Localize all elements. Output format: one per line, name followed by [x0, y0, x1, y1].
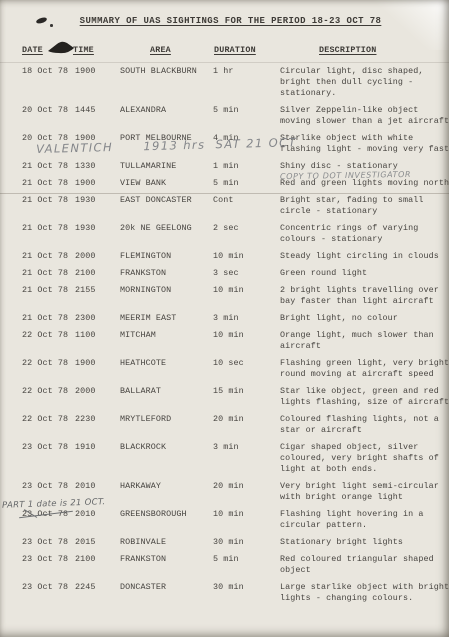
table-row: 23 Oct 781910BLACKROCK3 minCigar shaped …: [0, 442, 449, 475]
cell-time: 2230: [75, 414, 120, 436]
cell-time: 1445: [75, 105, 120, 127]
column-header-area: AREA: [150, 45, 171, 55]
cell-time: 2100: [75, 554, 120, 576]
table-row: 21 Oct 782300MEERIM EAST3 minBright ligh…: [0, 313, 449, 324]
ink-blot-icon: [48, 40, 75, 56]
table-row: 21 Oct 781900VIEW BANK5 minRed and green…: [0, 178, 449, 189]
cell-area: SOUTH BLACKBURN: [120, 66, 213, 99]
cell-area: TULLAMARINE: [120, 161, 213, 172]
cell-duration: 3 min: [213, 313, 280, 324]
cell-date: 21 Oct 78: [22, 223, 75, 245]
column-header-date: DATE: [22, 45, 43, 55]
cell-time: 2000: [75, 251, 120, 262]
cell-area: GREENSBOROUGH: [120, 509, 213, 531]
table-row: 23 Oct 782015ROBINVALE30 minStationary b…: [0, 537, 449, 548]
cell-area: FRANKSTON: [120, 268, 213, 279]
cell-description: Circular light, disc shaped, bright then…: [280, 66, 449, 99]
cell-area: ALEXANDRA: [120, 105, 213, 127]
cell-duration: 10 min: [213, 509, 280, 531]
cell-date: 23 Oct 78: [22, 554, 75, 576]
column-header-description: DESCRIPTION: [319, 45, 376, 55]
cell-time: 2155: [75, 285, 120, 307]
column-header-time: TIME: [73, 45, 94, 55]
cell-date: 18 Oct 78: [22, 66, 75, 99]
cell-time: 1900: [75, 66, 120, 99]
table-row: 22 Oct 782230MRYTLEFORD20 minColoured fl…: [0, 414, 449, 436]
cell-time: 2015: [75, 537, 120, 548]
cell-description: Red coloured triangular shaped object: [280, 554, 449, 576]
cell-duration: 30 min: [213, 537, 280, 548]
cell-date: 21 Oct 78: [22, 268, 75, 279]
table-row: 21 Oct 781330TULLAMARINE1 minShiny disc …: [0, 161, 449, 172]
cell-area: HEATHCOTE: [120, 358, 213, 380]
cell-date: 23 Oct 78: [22, 442, 75, 475]
cell-duration: 1 hr: [213, 66, 280, 99]
cell-area: MORNINGTON: [120, 285, 213, 307]
cell-area: VIEW BANK: [120, 178, 213, 189]
cell-description: Cigar shaped object, silver coloured, ve…: [280, 442, 449, 475]
cell-date: 21 Oct 78: [22, 313, 75, 324]
cell-description: Green round light: [280, 268, 449, 279]
cell-area: BLACKROCK: [120, 442, 213, 475]
cell-time: 1900: [75, 178, 120, 189]
cell-area: MRYTLEFORD: [120, 414, 213, 436]
table-row: 21 Oct 78193020k NE GEELONG2 secConcentr…: [0, 223, 449, 245]
cell-date: 22 Oct 78: [22, 386, 75, 408]
cell-area: BALLARAT: [120, 386, 213, 408]
cell-description: Stationary bright lights: [280, 537, 449, 548]
cell-area: FRANKSTON: [120, 554, 213, 576]
table-row: 23 Oct 782245DONCASTER30 minLarge starli…: [0, 582, 449, 604]
table-row: 21 Oct 782155MORNINGTON10 min2 bright li…: [0, 285, 449, 307]
cell-duration: 4 min: [213, 133, 280, 155]
cell-time: 2000: [75, 386, 120, 408]
table-rows: 18 Oct 781900SOUTH BLACKBURN1 hrCircular…: [0, 66, 449, 610]
cell-description: Bright star, fading to small circle - st…: [280, 195, 449, 217]
cell-description: Flashing light hovering in a circular pa…: [280, 509, 449, 531]
cell-time: 1330: [75, 161, 120, 172]
table-row: 20 Oct 781445ALEXANDRA5 minSilver Zeppel…: [0, 105, 449, 127]
cell-date: 21 Oct 78: [22, 251, 75, 262]
cell-duration: 20 min: [213, 414, 280, 436]
cell-date: 22 Oct 78: [22, 414, 75, 436]
cell-date: 21 Oct 78: [22, 285, 75, 307]
table-row: 23 Oct 782010GREENSBOROUGH10 minFlashing…: [0, 509, 449, 531]
cell-duration: Cont: [213, 195, 280, 217]
cell-date: 20 Oct 78: [22, 133, 75, 155]
table-row: 18 Oct 781900SOUTH BLACKBURN1 hrCircular…: [0, 66, 449, 99]
cell-description: Orange light, much slower than aircraft: [280, 330, 449, 352]
cell-date: 21 Oct 78: [22, 178, 75, 189]
cell-time: 2100: [75, 268, 120, 279]
cell-duration: 30 min: [213, 582, 280, 604]
document-page: SUMMARY OF UAS SIGHTINGS FOR THE PERIOD …: [0, 0, 449, 637]
cell-date: 22 Oct 78: [22, 330, 75, 352]
table-row: 22 Oct 781900HEATHCOTE10 secFlashing gre…: [0, 358, 449, 380]
table-row: 22 Oct 781100MITCHAM10 minOrange light, …: [0, 330, 449, 352]
cell-description: Starlike object with white flashing ligh…: [280, 133, 449, 155]
document-title: SUMMARY OF UAS SIGHTINGS FOR THE PERIOD …: [0, 16, 449, 26]
cell-duration: 5 min: [213, 554, 280, 576]
cell-duration: 20 min: [213, 481, 280, 503]
cell-time: 1930: [75, 195, 120, 217]
cell-time: 1910: [75, 442, 120, 475]
cell-duration: 2 sec: [213, 223, 280, 245]
cell-time: 1900: [75, 358, 120, 380]
cell-duration: 10 min: [213, 330, 280, 352]
cell-duration: 5 min: [213, 105, 280, 127]
cell-description: 2 bright lights travelling over bay fast…: [280, 285, 449, 307]
cell-area: EAST DONCASTER: [120, 195, 213, 217]
cell-time: 1930: [75, 223, 120, 245]
cell-description: Concentric rings of varying colours - st…: [280, 223, 449, 245]
cell-date: 23 Oct 78: [22, 537, 75, 548]
cell-duration: 3 min: [213, 442, 280, 475]
cell-area: FLEMINGTON: [120, 251, 213, 262]
cell-time: 2245: [75, 582, 120, 604]
cell-description: Silver Zeppelin-like object moving slowe…: [280, 105, 449, 127]
table-row: 20 Oct 781900PORT MELBOURNE4 minStarlike…: [0, 133, 449, 155]
cell-time: 2010: [75, 509, 120, 531]
cell-date: 21 Oct 78: [22, 195, 75, 217]
cell-description: Large starlike object with bright lights…: [280, 582, 449, 604]
cell-description: Shiny disc - stationary: [280, 161, 449, 172]
cell-duration: 10 sec: [213, 358, 280, 380]
cell-date: 23 Oct 78: [22, 509, 75, 531]
cell-description: Flashing green light, very bright, round…: [280, 358, 449, 380]
cell-duration: 5 min: [213, 178, 280, 189]
table-row: 22 Oct 782000BALLARAT15 minStar like obj…: [0, 386, 449, 408]
cell-description: Red and green lights moving north: [280, 178, 449, 189]
cell-time: 2010: [75, 481, 120, 503]
cell-duration: 3 sec: [213, 268, 280, 279]
cell-description: Star like object, green and red lights f…: [280, 386, 449, 408]
cell-date: 21 Oct 78: [22, 161, 75, 172]
cell-time: 1100: [75, 330, 120, 352]
table-row: 21 Oct 781930EAST DONCASTERContBright st…: [0, 195, 449, 217]
cell-date: 22 Oct 78: [22, 358, 75, 380]
paper-crease: [0, 62, 449, 63]
cell-area: HARKAWAY: [120, 481, 213, 503]
cell-description: Steady light circling in clouds: [280, 251, 449, 262]
cell-date: 23 Oct 78: [22, 582, 75, 604]
cell-date: 20 Oct 78: [22, 105, 75, 127]
table-row: 23 Oct 782100FRANKSTON5 minRed coloured …: [0, 554, 449, 576]
cell-duration: 1 min: [213, 161, 280, 172]
cell-time: 2300: [75, 313, 120, 324]
cell-area: MEERIM EAST: [120, 313, 213, 324]
cell-date: 23 Oct 78: [22, 481, 75, 503]
table-row: 21 Oct 782000FLEMINGTON10 minSteady ligh…: [0, 251, 449, 262]
ink-dot-icon: [50, 24, 53, 27]
cell-duration: 10 min: [213, 285, 280, 307]
cell-area: PORT MELBOURNE: [120, 133, 213, 155]
cell-area: MITCHAM: [120, 330, 213, 352]
cell-description: Coloured flashing lights, not a star or …: [280, 414, 449, 436]
cell-time: 1900: [75, 133, 120, 155]
table-row: 23 Oct 782010HARKAWAY20 minVery bright l…: [0, 481, 449, 503]
cell-description: Very bright light semi-circular with bri…: [280, 481, 449, 503]
table-row: 21 Oct 782100FRANKSTON3 secGreen round l…: [0, 268, 449, 279]
cell-area: DONCASTER: [120, 582, 213, 604]
cell-duration: 10 min: [213, 251, 280, 262]
cell-area: 20k NE GEELONG: [120, 223, 213, 245]
cell-area: ROBINVALE: [120, 537, 213, 548]
cell-duration: 15 min: [213, 386, 280, 408]
column-header-duration: DURATION: [214, 45, 256, 55]
cell-description: Bright light, no colour: [280, 313, 449, 324]
